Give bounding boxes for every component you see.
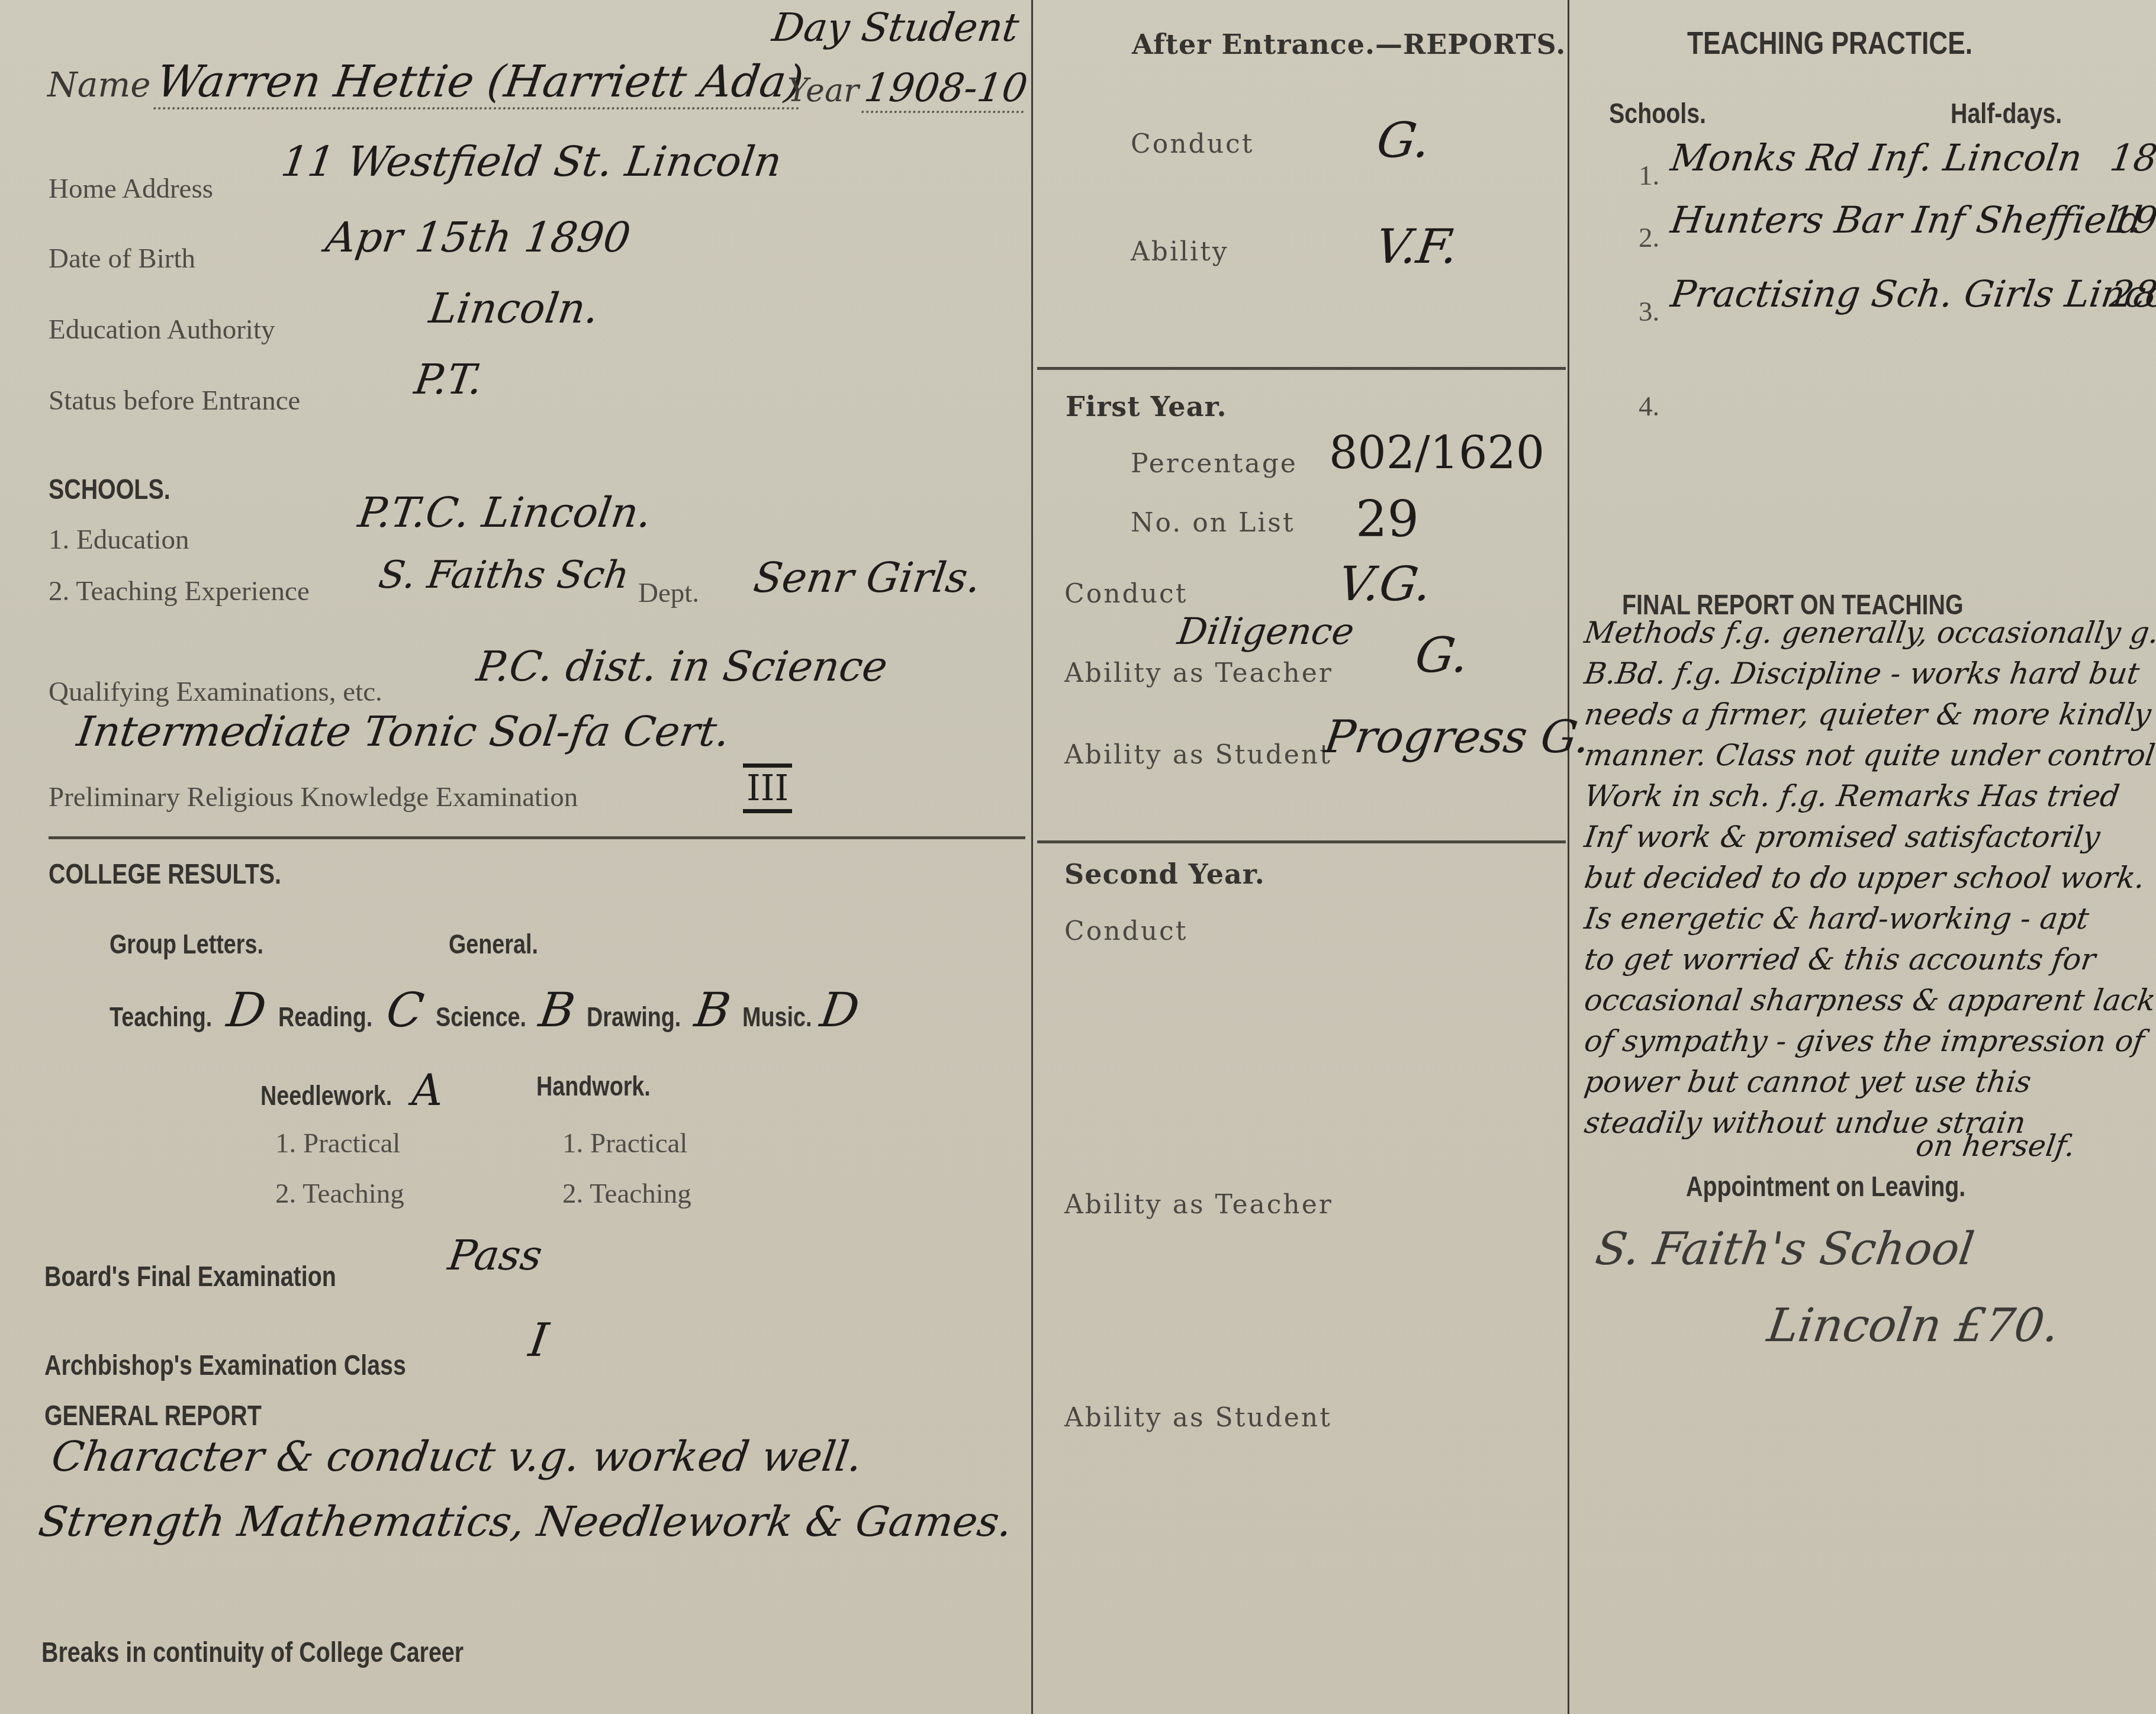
- percentage-value: 802/1620: [1329, 426, 1544, 479]
- final-report-line: Methods f.g. generally, occasionally g.;: [1582, 613, 2156, 653]
- home-address-label: Home Address: [49, 173, 213, 205]
- practice-row-number: 1.: [1639, 160, 1659, 192]
- needlework-teaching: 2. Teaching: [275, 1178, 404, 1210]
- first-year-conduct-label: Conduct: [1064, 579, 1188, 609]
- handwork-practical: 1. Practical: [562, 1127, 687, 1159]
- final-report-line: Inf work & promised satisfactorily: [1582, 817, 2156, 858]
- reports-heading: After Entrance.—REPORTS.: [1132, 28, 1566, 60]
- year-label: Year: [787, 72, 859, 109]
- teaching-practice-heading: TEACHING PRACTICE.: [1687, 25, 1972, 62]
- rule-middle-first-year: [1037, 367, 1566, 370]
- practice-half-days: 28: [2107, 272, 2156, 315]
- final-report-line: on herself.: [1582, 1126, 2156, 1167]
- final-report-line: to get worried & this accounts for: [1582, 939, 2156, 980]
- religious-exam-label: Preliminary Religious Knowledge Examinat…: [49, 781, 578, 813]
- education-authority-label: Education Authority: [49, 314, 275, 346]
- final-report-line: of sympathy - gives the impression of: [1582, 1021, 2156, 1062]
- subject-label: Reading.: [278, 1001, 372, 1033]
- schools-education-value: P.T.C. Lincoln.: [355, 488, 655, 537]
- final-report-line: occasional sharpness & apparent lack: [1582, 980, 2156, 1021]
- ability-student-value: Progress G.: [1321, 710, 1594, 763]
- education-authority-value: Lincoln.: [426, 284, 602, 333]
- status-label: Status before Entrance: [49, 385, 300, 417]
- breaks-label: Breaks in continuity of College Career: [41, 1636, 464, 1669]
- no-on-list-label: No. on List: [1131, 508, 1295, 538]
- percentage-label: Percentage: [1131, 449, 1298, 479]
- practice-half-days: 19: [2107, 198, 2156, 241]
- subject-grade: B: [536, 982, 578, 1038]
- year-row: Year 1908-10: [787, 65, 1024, 113]
- college-results-heading: COLLEGE RESULTS.: [49, 858, 281, 891]
- name-label: Name: [47, 65, 151, 105]
- practice-row-number: 3.: [1639, 296, 1659, 328]
- general-report-line2: Strength Mathematics, Needlework & Games…: [36, 1497, 1015, 1546]
- first-year-conduct-value: V.G.: [1335, 556, 1435, 611]
- religious-exam-value: III: [743, 763, 792, 813]
- practice-row-number: 2.: [1639, 222, 1659, 254]
- needlework-row: Needlework. A: [260, 1065, 442, 1115]
- final-report-line: B.Bd. f.g. Discipline - works hard but: [1582, 653, 2156, 694]
- handwork-teaching: 2. Teaching: [562, 1178, 691, 1210]
- ability-teacher-value: G.: [1412, 627, 1472, 684]
- second-year-heading: Second Year.: [1064, 858, 1265, 890]
- appointment-line2: Lincoln £70.: [1764, 1299, 2062, 1352]
- needlework-label: Needlework.: [260, 1080, 392, 1111]
- group-letters-label: Group Letters.: [110, 928, 263, 960]
- general-report-heading: GENERAL REPORT: [44, 1400, 262, 1432]
- practice-school: Monks Rd Inf. Lincoln: [1668, 136, 2084, 179]
- rule-middle-second-year: [1037, 840, 1566, 843]
- handwork-label: Handwork.: [536, 1070, 651, 1102]
- final-report-line: Is energetic & hard-working - apt: [1582, 898, 2156, 939]
- general-label: General.: [449, 928, 538, 960]
- final-report-line: needs a firmer, quieter & more kindly: [1582, 694, 2156, 735]
- subject-grade: B: [691, 982, 734, 1038]
- ability-value: V.F.: [1372, 219, 1462, 274]
- practice-school: Hunters Bar Inf Sheffield: [1668, 198, 2145, 241]
- practice-school: Practising Sch. Girls Lincoln: [1668, 272, 2156, 315]
- subject-label: Drawing.: [587, 1001, 681, 1033]
- teaching-experience-label: 2. Teaching Experience: [49, 575, 310, 607]
- qualifying-label: Qualifying Examinations, etc.: [49, 676, 382, 708]
- student-record-card: Name Warren Hettie (Harriett Ada) Day St…: [0, 0, 2156, 1714]
- final-report-line: but decided to do upper school work.: [1582, 858, 2156, 898]
- status-value: P.T.: [411, 355, 485, 404]
- subject-label: Music.: [742, 1001, 812, 1033]
- dept-value: Senr Girls.: [751, 553, 984, 602]
- final-report-text: Methods f.g. generally, occasionally g.;…: [1582, 613, 2150, 1167]
- home-address-value: 11 Westfield St. Lincoln: [278, 137, 784, 186]
- conduct-value: G.: [1373, 112, 1434, 169]
- archbishop-label: Archbishop's Examination Class: [44, 1349, 406, 1382]
- column-divider-right: [1568, 0, 1569, 1714]
- second-year-ability-teacher-label: Ability as Teacher: [1064, 1190, 1333, 1220]
- half-days-column-label: Half-days.: [1951, 98, 2062, 130]
- first-year-heading: First Year.: [1066, 391, 1227, 423]
- subject-grade: D: [224, 982, 269, 1038]
- diligence-note: Diligence: [1175, 610, 1357, 653]
- needlework-grade: A: [411, 1065, 442, 1115]
- ability-teacher-label: Ability as Teacher: [1064, 658, 1333, 688]
- qualifying-value-line2: Intermediate Tonic Sol-fa Cert.: [74, 707, 733, 756]
- qualifying-value-line1: P.C. dist. in Science: [474, 642, 890, 691]
- name-row: Name Warren Hettie (Harriett Ada): [47, 56, 799, 109]
- second-year-conduct-label: Conduct: [1064, 916, 1188, 946]
- subject-label: Science.: [436, 1001, 526, 1033]
- dob-label: Date of Birth: [49, 243, 195, 275]
- subject-label: Teaching.: [110, 1001, 212, 1033]
- column-divider-left: [1031, 0, 1033, 1714]
- appointment-line1: S. Faith's School: [1592, 1222, 1977, 1275]
- conduct-label: Conduct: [1131, 129, 1254, 159]
- appointment-label: Appointment on Leaving.: [1686, 1171, 1965, 1203]
- subject-grade-item: Drawing.B: [587, 982, 726, 1038]
- schools-column-label: Schools.: [1609, 98, 1706, 130]
- general-report-line1: Character & conduct v.g. worked well.: [49, 1432, 865, 1481]
- practice-half-days: 18: [2107, 136, 2156, 179]
- practice-row-number: 4.: [1639, 391, 1659, 423]
- needlework-practical: 1. Practical: [275, 1127, 400, 1159]
- student-name: Warren Hettie (Harriett Ada): [153, 56, 806, 109]
- subject-grade-item: Reading.C: [278, 982, 419, 1038]
- teaching-experience-value: S. Faiths Sch: [376, 553, 632, 597]
- second-year-ability-student-label: Ability as Student: [1064, 1403, 1332, 1433]
- ability-student-label: Ability as Student: [1064, 740, 1332, 770]
- archbishop-value: I: [526, 1314, 551, 1367]
- boards-final-value: Pass: [445, 1231, 545, 1280]
- subject-grade: D: [817, 982, 863, 1038]
- year-value: 1908-10: [861, 65, 1031, 113]
- dept-label: Dept.: [638, 577, 699, 609]
- schools-heading: SCHOOLS.: [49, 473, 170, 506]
- rule-left-college-results: [49, 836, 1025, 839]
- boards-final-label: Board's Final Examination: [44, 1261, 336, 1293]
- no-on-list-value: 29: [1356, 490, 1419, 548]
- subject-grade-item: Music.D: [742, 982, 854, 1038]
- day-student-note: Day Student: [770, 5, 1022, 50]
- subject-grades-row: Teaching.DReading.CScience.BDrawing.BMus…: [110, 982, 871, 1038]
- final-report-line: manner. Class not quite under control.: [1582, 735, 2156, 776]
- schools-education-label: 1. Education: [49, 524, 189, 556]
- final-report-line: power but cannot yet use this: [1582, 1062, 2156, 1103]
- dob-value: Apr 15th 1890: [323, 213, 633, 262]
- subject-grade: C: [383, 982, 427, 1038]
- subject-grade-item: Teaching.D: [110, 982, 262, 1038]
- ability-label: Ability: [1131, 237, 1229, 267]
- final-report-line: Work in sch. f.g. Remarks Has tried: [1582, 776, 2156, 817]
- subject-grade-item: Science.B: [436, 982, 570, 1038]
